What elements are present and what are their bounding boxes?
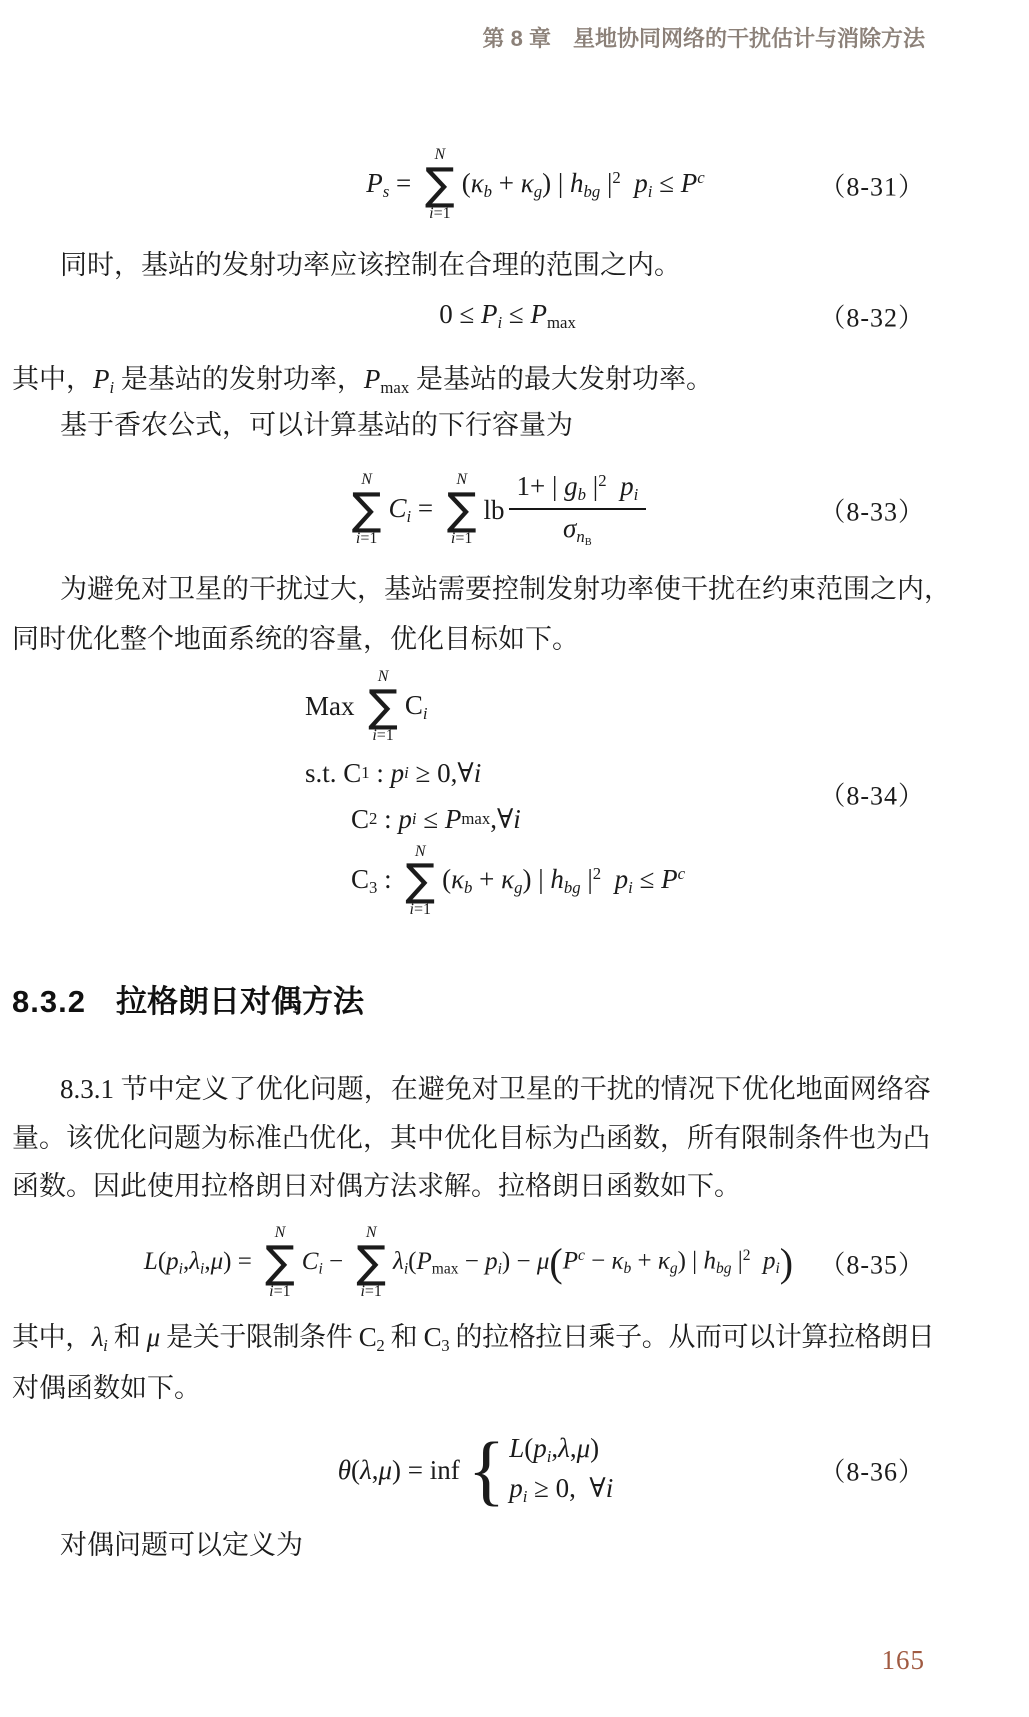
summation-symbol: N ∑ i=1 bbox=[356, 1224, 386, 1301]
right-paren: ) bbox=[780, 1247, 793, 1279]
chapter-title: 星地协同网络的干扰估计与消除方法 bbox=[573, 26, 925, 51]
sum-lower-limit: i=1 bbox=[451, 530, 472, 548]
fraction-numerator: 1+ | gb |2 pi bbox=[509, 472, 647, 510]
summation-symbol: N ∑ i=1 bbox=[447, 471, 477, 548]
formula-8-36: θ(λ,μ) = inf { L(pi,λ,μ) pi ≥ 0, ∀i （8-3… bbox=[12, 1428, 925, 1512]
lagrangian-term-2: λi(Pmax − pi) − μ bbox=[393, 1248, 549, 1279]
sum-lower-limit: i=1 bbox=[360, 1283, 381, 1301]
paragraph: 基于香农公式，可以计算基站的下行容量为 bbox=[12, 408, 573, 443]
paragraph-line: 函数。因此使用拉格朗日对偶方法求解。拉格朗日函数如下。 bbox=[12, 1169, 741, 1204]
paragraph-line: 为避免对卫星的干扰过大，基站需要控制发射功率使干扰在约束范围之内， bbox=[12, 572, 951, 607]
sum-lower-limit: i=1 bbox=[429, 205, 450, 223]
chapter-number: 第 8 章 bbox=[483, 26, 551, 51]
section-heading: 8.3.2拉格朗日对偶方法 bbox=[12, 976, 364, 1021]
sigma-glyph: ∑ bbox=[425, 165, 455, 205]
paragraph: 同时，基站的发射功率应该控制在合理的范围之内。 bbox=[12, 248, 681, 283]
summation-symbol: N ∑ i=1 bbox=[265, 1224, 295, 1301]
objective-term: Ci bbox=[405, 690, 428, 724]
formula-8-32: 0 ≤ Pi ≤ Pmax （8-32） bbox=[12, 292, 925, 340]
summation-symbol: N ∑ i=1 bbox=[425, 146, 455, 223]
constraint-1: s.t. C1 : pi ≥ 0,∀i bbox=[305, 758, 481, 789]
summation-symbol: N ∑ i=1 bbox=[352, 471, 382, 548]
equation-number: （8-35） bbox=[819, 1245, 925, 1282]
left-paren: ( bbox=[549, 1247, 562, 1279]
equation-number: （8-34） bbox=[819, 776, 925, 813]
sum-lower-limit: i=1 bbox=[372, 727, 393, 745]
paragraph-line: 8.3.1 节中定义了优化问题，在避免对卫星的干扰的情况下优化地面网络容 bbox=[12, 1072, 931, 1107]
section-number: 8.3.2 bbox=[12, 984, 86, 1019]
constraint-3: C3 : N ∑ i=1 (κb + κg) | hbg |2 pi ≤ Pc bbox=[305, 843, 685, 920]
formula-8-35: L(pi,λi,μ) = N ∑ i=1 Ci − N ∑ i=1 λi(Pma… bbox=[12, 1225, 925, 1301]
formula-8-32-content: 0 ≤ Pi ≤ Pmax bbox=[439, 299, 576, 333]
formula-body: 0 ≤ Pi ≤ Pmax bbox=[439, 299, 576, 333]
case-row-2: pi ≥ 0, ∀i bbox=[509, 1473, 613, 1507]
paragraph-line: 对偶函数如下。 bbox=[12, 1371, 201, 1406]
equation-number: （8-31） bbox=[819, 167, 925, 204]
objective-line: Max N ∑ i=1 Ci bbox=[305, 668, 428, 745]
paragraph-line: 量。该优化问题为标准凸优化，其中优化目标为凸函数，所有限制条件也为凸 bbox=[12, 1121, 930, 1156]
chapter-header: 第 8 章星地协同网络的干扰估计与消除方法 bbox=[483, 22, 925, 53]
formula-8-36-content: θ(λ,μ) = inf { L(pi,λ,μ) pi ≥ 0, ∀i bbox=[338, 1433, 614, 1507]
log-operator: lb bbox=[484, 495, 505, 526]
equation-number: （8-33） bbox=[819, 492, 925, 529]
formula-8-35-content: L(pi,λi,μ) = N ∑ i=1 Ci − N ∑ i=1 λi(Pma… bbox=[144, 1224, 793, 1301]
document-page: 第 8 章星地协同网络的干扰估计与消除方法 Ps = N ∑ i=1 (κb +… bbox=[0, 0, 1029, 1717]
equation-number: （8-32） bbox=[819, 298, 925, 335]
sigma-glyph: ∑ bbox=[368, 687, 398, 727]
sum-lower-limit: i=1 bbox=[269, 1283, 290, 1301]
sum-lower-limit: i=1 bbox=[409, 901, 430, 919]
lagrangian-term-3: Pc − κb + κg) | hbg |2 pi bbox=[563, 1247, 780, 1278]
paragraph-line: 其中，λi 和 μ 是关于限制条件 C2 和 C3 的拉格拉日乘子。从而可以计算… bbox=[12, 1320, 934, 1357]
summation-symbol: N ∑ i=1 bbox=[368, 668, 398, 745]
sigma-glyph: ∑ bbox=[356, 1243, 386, 1283]
max-operator: Max bbox=[305, 691, 361, 722]
formula-rhs: (κb + κg) | hbg |2 pi ≤ Pc bbox=[462, 168, 705, 202]
paragraph-line: 同时优化整个地面系统的容量，优化目标如下。 bbox=[12, 622, 579, 657]
paragraph: 对偶问题可以定义为 bbox=[12, 1528, 303, 1563]
equation-number: （8-36） bbox=[819, 1452, 925, 1489]
formula-lhs: Ps = bbox=[366, 168, 418, 202]
paragraph: 其中，Pi 是基站的发射功率，Pmax 是基站的最大发射功率。 bbox=[12, 362, 713, 399]
summation-symbol: N ∑ i=1 bbox=[405, 843, 435, 920]
formula-8-33-content: N ∑ i=1 Ci = N ∑ i=1 lb 1+ | gb |2 pi σn… bbox=[345, 471, 650, 548]
constraint-3-label: C3 : bbox=[351, 864, 398, 898]
lagrangian-lhs: L(pi,λi,μ) = bbox=[144, 1248, 258, 1279]
case-row-1: L(pi,λ,μ) bbox=[509, 1433, 599, 1467]
lagrangian-term-1: Ci − bbox=[302, 1248, 350, 1279]
section-title: 拉格朗日对偶方法 bbox=[116, 984, 364, 1019]
formula-mid: Ci = bbox=[388, 493, 439, 527]
fraction: 1+ | gb |2 pi σnB bbox=[509, 472, 647, 548]
constraint-3-body: (κb + κg) | hbg |2 pi ≤ Pc bbox=[442, 864, 685, 898]
page-number: 165 bbox=[882, 1645, 926, 1676]
dual-function-lhs: θ(λ,μ) = inf bbox=[338, 1455, 460, 1486]
left-brace: { bbox=[468, 1435, 505, 1505]
formula-8-33: N ∑ i=1 Ci = N ∑ i=1 lb 1+ | gb |2 pi σn… bbox=[12, 463, 925, 557]
formula-8-34-content: Max N ∑ i=1 Ci s.t. C1 : pi ≥ 0,∀i C2 : … bbox=[305, 668, 685, 920]
sigma-glyph: ∑ bbox=[447, 490, 477, 530]
sigma-glyph: ∑ bbox=[405, 861, 435, 901]
case-stack: L(pi,λ,μ) pi ≥ 0, ∀i bbox=[509, 1433, 613, 1507]
formula-8-31: Ps = N ∑ i=1 (κb + κg) | hbg |2 pi ≤ Pc … bbox=[12, 145, 925, 225]
constraint-2: C2 : pi ≤ Pmax,∀i bbox=[305, 804, 521, 835]
sigma-glyph: ∑ bbox=[352, 490, 382, 530]
formula-8-34: Max N ∑ i=1 Ci s.t. C1 : pi ≥ 0,∀i C2 : … bbox=[12, 672, 925, 916]
sigma-glyph: ∑ bbox=[265, 1243, 295, 1283]
fraction-denominator: σnB bbox=[563, 510, 592, 549]
sum-lower-limit: i=1 bbox=[356, 530, 377, 548]
formula-8-31-content: Ps = N ∑ i=1 (κb + κg) | hbg |2 pi ≤ Pc bbox=[366, 146, 704, 223]
